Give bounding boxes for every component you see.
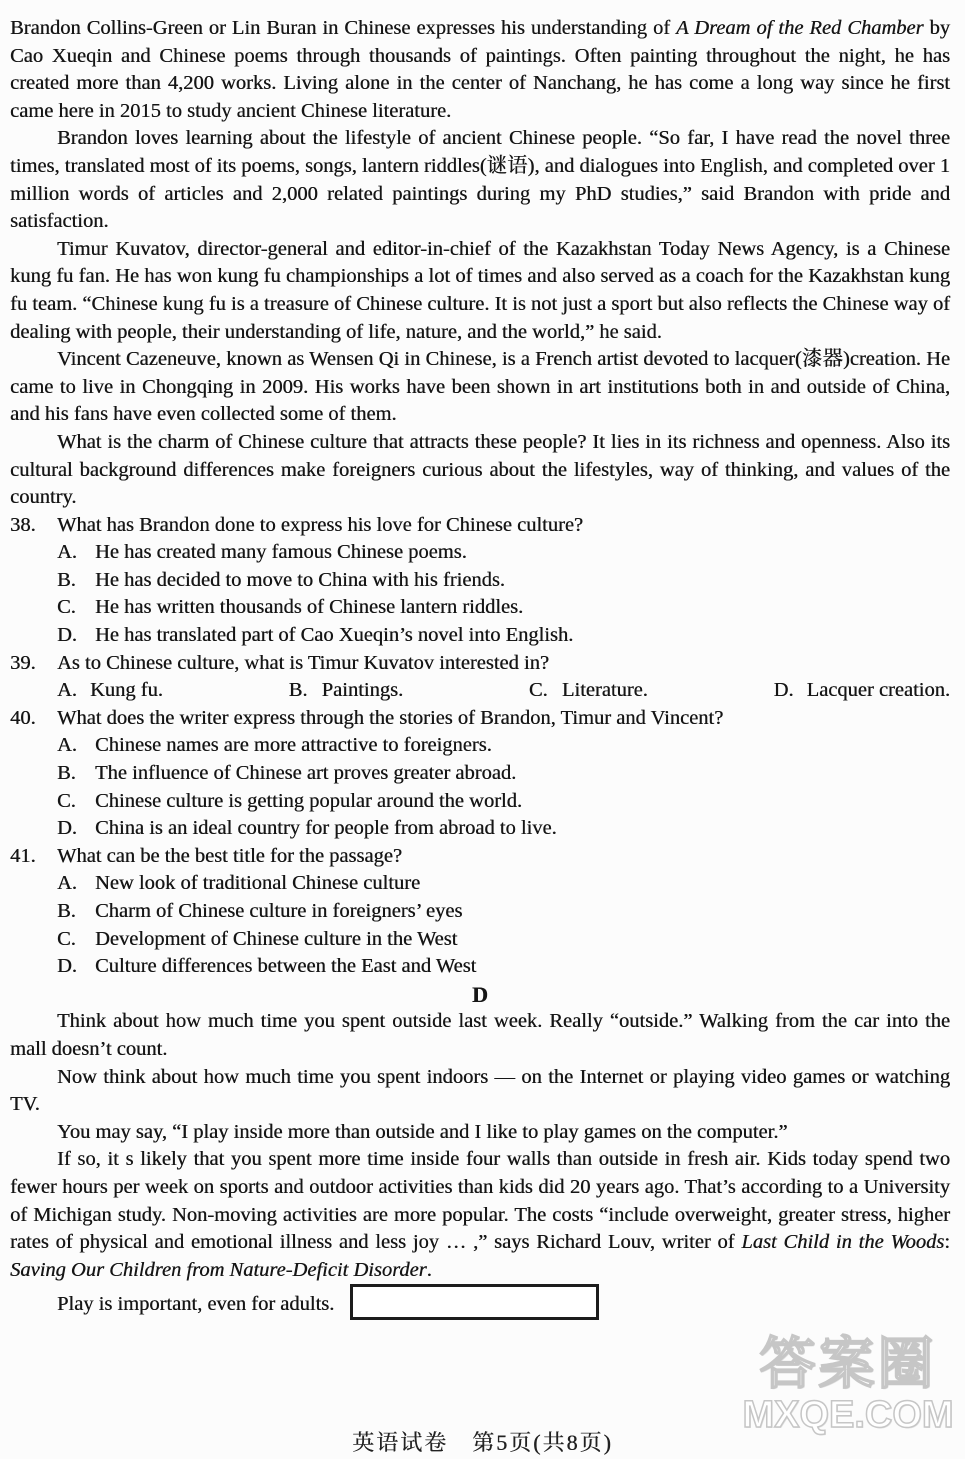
option-text: The influence of Chinese art proves grea… xyxy=(95,760,516,788)
option-a: A.He has created many famous Chinese poe… xyxy=(57,539,950,567)
option-label: D. xyxy=(57,815,95,843)
page-footer: 英语试卷 第5页(共8页) xyxy=(0,1429,965,1457)
passage-paragraph: Timur Kuvatov, director-general and edit… xyxy=(10,236,950,346)
passage-paragraph: Brandon loves learning about the lifesty… xyxy=(10,125,950,235)
option-label: C. xyxy=(57,594,95,622)
option-text: Charm of Chinese culture in foreigners’ … xyxy=(95,898,462,926)
passage-text: Timur Kuvatov, director-general and edit… xyxy=(10,238,950,343)
passage-text: You may say, “I play inside more than ou… xyxy=(57,1121,787,1143)
question-item: 39.As to Chinese culture, what is Timur … xyxy=(10,650,950,705)
question-number: 41. xyxy=(10,843,57,871)
option-text: Kung fu. xyxy=(90,677,163,705)
question-stem: What can be the best title for the passa… xyxy=(57,843,950,871)
option-text: He has created many famous Chinese poems… xyxy=(95,539,467,567)
option-c: C.Chinese culture is getting popular aro… xyxy=(57,788,950,816)
option-label: D. xyxy=(57,622,95,650)
options-group: A.Chinese names are more attractive to f… xyxy=(10,732,950,842)
options-group: A.He has created many famous Chinese poe… xyxy=(10,539,950,649)
option-text: New look of traditional Chinese culture xyxy=(95,870,420,898)
question-stem: As to Chinese culture, what is Timur Kuv… xyxy=(57,650,950,678)
options-group: A.Kung fu.B.Paintings.C.Literature.D.Lac… xyxy=(57,677,950,705)
option-b: B.He has decided to move to China with h… xyxy=(57,567,950,595)
option-c: C.Literature. xyxy=(529,677,648,705)
option-label: C. xyxy=(529,677,562,705)
passage-paragraph: Vincent Cazeneuve, known as Wensen Qi in… xyxy=(10,346,950,429)
option-label: D. xyxy=(774,677,807,705)
passage-text: Brandon loves learning about the lifesty… xyxy=(10,127,950,232)
passage-paragraph: Now think about how much time you spent … xyxy=(10,1064,950,1119)
document-page: Brandon Collins-Green or Lin Buran in Ch… xyxy=(0,0,965,1459)
book-title-text: Last Child in the Woods xyxy=(741,1231,944,1253)
question-number: 39. xyxy=(10,650,57,678)
passage-paragraph: If so, it s likely that you spent more t… xyxy=(10,1146,950,1284)
question-stem: What has Brandon done to express his lov… xyxy=(57,512,950,540)
passage-paragraph: What is the charm of Chinese culture tha… xyxy=(10,429,950,512)
option-text: Culture differences between the East and… xyxy=(95,953,476,981)
option-label: A. xyxy=(57,677,90,705)
option-a: A.New look of traditional Chinese cultur… xyxy=(57,870,950,898)
passage-paragraph: You may say, “I play inside more than ou… xyxy=(10,1119,950,1147)
option-label: C. xyxy=(57,788,95,816)
option-text: He has decided to move to China with his… xyxy=(95,567,505,595)
option-b: B.Paintings. xyxy=(289,677,403,705)
option-label: B. xyxy=(57,760,95,788)
question-stem-row: 38.What has Brandon done to express his … xyxy=(10,512,950,540)
option-a: A.Kung fu. xyxy=(57,677,163,705)
option-text: Chinese names are more attractive to for… xyxy=(95,732,492,760)
option-label: A. xyxy=(57,732,95,760)
passage-text: Brandon Collins-Green or Lin Buran in Ch… xyxy=(10,17,676,39)
question-item: 40.What does the writer express through … xyxy=(10,705,950,843)
passage-text: What is the charm of Chinese culture tha… xyxy=(10,431,950,508)
option-d: D.Lacquer creation. xyxy=(774,677,950,705)
passage-text: : xyxy=(944,1231,950,1253)
watermark: 答案圈 MXQE.COM xyxy=(733,1336,963,1434)
question-item: 38.What has Brandon done to express his … xyxy=(10,512,950,650)
option-text: He has written thousands of Chinese lant… xyxy=(95,594,523,622)
question-stem-row: 40.What does the writer express through … xyxy=(10,705,950,733)
option-text: He has translated part of Cao Xueqin’s n… xyxy=(95,622,573,650)
option-b: B.The influence of Chinese art proves gr… xyxy=(57,760,950,788)
answer-blank-box xyxy=(350,1284,599,1320)
section-header: D xyxy=(10,981,950,1009)
book-title-text: Saving Our Children from Nature-Deficit … xyxy=(10,1259,427,1281)
passage-text: . xyxy=(427,1259,432,1281)
option-d: D.China is an ideal country for people f… xyxy=(57,815,950,843)
options-group: A.New look of traditional Chinese cultur… xyxy=(10,870,950,980)
passage-text: Think about how much time you spent outs… xyxy=(10,1010,950,1060)
option-label: B. xyxy=(289,677,322,705)
option-text: Development of Chinese culture in the We… xyxy=(95,926,457,954)
option-d: D.He has translated part of Cao Xueqin’s… xyxy=(57,622,950,650)
question-item: 41.What can be the best title for the pa… xyxy=(10,843,950,981)
option-c: C.Development of Chinese culture in the … xyxy=(57,926,950,954)
page-content: Brandon Collins-Green or Lin Buran in Ch… xyxy=(10,15,950,1320)
option-text: Chinese culture is getting popular aroun… xyxy=(95,788,522,816)
question-number: 40. xyxy=(10,705,57,733)
passage-text: Now think about how much time you spent … xyxy=(10,1066,950,1116)
question-stem: What does the writer express through the… xyxy=(57,705,950,733)
question-stem-row: 41.What can be the best title for the pa… xyxy=(10,843,950,871)
fill-in-sentence-line: Play is important, even for adults. xyxy=(10,1284,950,1320)
option-label: B. xyxy=(57,567,95,595)
book-title-text: A Dream of the Red Chamber xyxy=(676,17,923,39)
option-label: A. xyxy=(57,870,95,898)
option-label: A. xyxy=(57,539,95,567)
option-label: B. xyxy=(57,898,95,926)
option-d: D.Culture differences between the East a… xyxy=(57,953,950,981)
option-text: Literature. xyxy=(562,677,648,705)
option-b: B.Charm of Chinese culture in foreigners… xyxy=(57,898,950,926)
option-text: Paintings. xyxy=(322,677,403,705)
option-a: A.Chinese names are more attractive to f… xyxy=(57,732,950,760)
option-label: C. xyxy=(57,926,95,954)
question-number: 38. xyxy=(10,512,57,540)
option-c: C.He has written thousands of Chinese la… xyxy=(57,594,950,622)
question-stem-row: 39.As to Chinese culture, what is Timur … xyxy=(10,650,950,678)
fill-in-sentence-text: Play is important, even for adults. xyxy=(57,1293,334,1315)
passage-paragraph: Think about how much time you spent outs… xyxy=(10,1008,950,1063)
passage-paragraph: Brandon Collins-Green or Lin Buran in Ch… xyxy=(10,15,950,125)
passage-text: Vincent Cazeneuve, known as Wensen Qi in… xyxy=(10,348,950,425)
option-label: D. xyxy=(57,953,95,981)
option-text: Lacquer creation. xyxy=(807,677,950,705)
option-text: China is an ideal country for people fro… xyxy=(95,815,557,843)
watermark-logo-text: 答案圈 xyxy=(733,1336,963,1392)
